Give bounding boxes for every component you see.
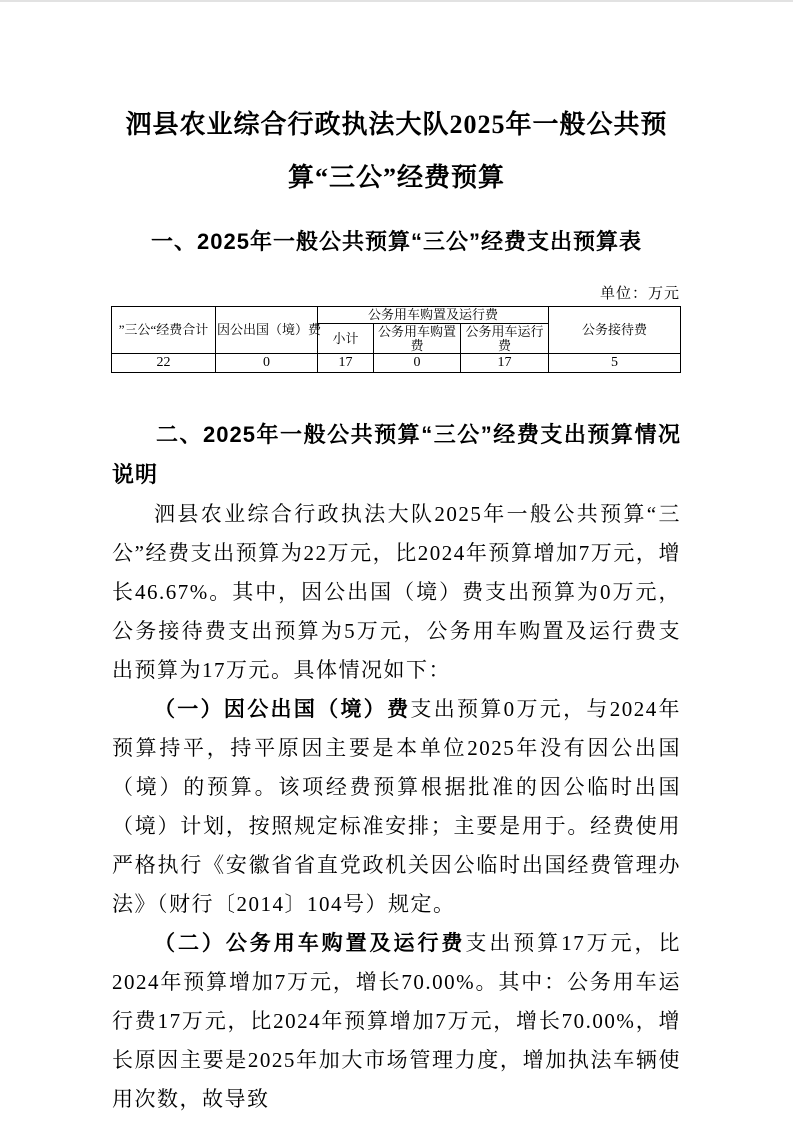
value-vehicle-subtotal: 17 — [318, 354, 374, 373]
para-item2: （二）公务用车购置及运行费支出预算17万元，比2024年预算增加7万元，增长70… — [112, 924, 681, 1119]
para-item1: （一）因公出国（境）费支出预算0万元，与2024年预算持平，持平原因主要是本单位… — [112, 690, 681, 924]
table-header-row-top: ”三公“经费合计 因公出国（境）费 公务用车购置及运行费 公务接待费 — [112, 307, 681, 324]
section2-heading: 二、2025年一般公共预算“三公”经费支出预算情况说明 — [112, 415, 681, 495]
value-total: 22 — [112, 354, 216, 373]
col-header-vehicle-purchase: 公务用车购置费 — [374, 324, 461, 354]
budget-table: ”三公“经费合计 因公出国（境）费 公务用车购置及运行费 公务接待费 小计 公务… — [111, 306, 681, 373]
table-data-row: 22 0 17 0 17 5 — [112, 354, 681, 373]
col-header-abroad: 因公出国（境）费 — [216, 307, 318, 354]
value-abroad: 0 — [216, 354, 318, 373]
document-title: 泗县农业综合行政执法大队2025年一般公共预算“三公”经费预算 — [95, 98, 698, 204]
value-vehicle-operation: 17 — [461, 354, 549, 373]
col-header-vehicle-operation: 公务用车运行费 — [461, 324, 549, 354]
col-header-vehicle-group: 公务用车购置及运行费 — [318, 307, 549, 324]
value-vehicle-purchase: 0 — [374, 354, 461, 373]
section1-heading: 一、2025年一般公共预算“三公”经费支出预算表 — [0, 228, 793, 256]
para-item2-lead: （二）公务用车购置及运行费 — [154, 931, 465, 955]
para-item2-text: 支出预算17万元，比2024年预算增加7万元，增长70.00%。其中：公务用车运… — [112, 931, 681, 1111]
para-overview: 泗县农业综合行政执法大队2025年一般公共预算“三公”经费支出预算为22万元，比… — [112, 495, 681, 690]
para-item1-lead: （一）因公出国（境）费 — [154, 697, 410, 721]
table-unit-label: 单位：万元 — [111, 282, 680, 303]
para-item1-text: 支出预算0万元，与2024年预算持平，持平原因主要是本单位2025年没有因公出国… — [112, 697, 681, 916]
col-header-reception: 公务接待费 — [549, 307, 681, 354]
col-header-total: ”三公“经费合计 — [112, 307, 216, 354]
value-reception: 5 — [549, 354, 681, 373]
document-page: 泗县农业综合行政执法大队2025年一般公共预算“三公”经费预算 一、2025年一… — [0, 0, 793, 1122]
col-header-vehicle-subtotal: 小计 — [318, 324, 374, 354]
